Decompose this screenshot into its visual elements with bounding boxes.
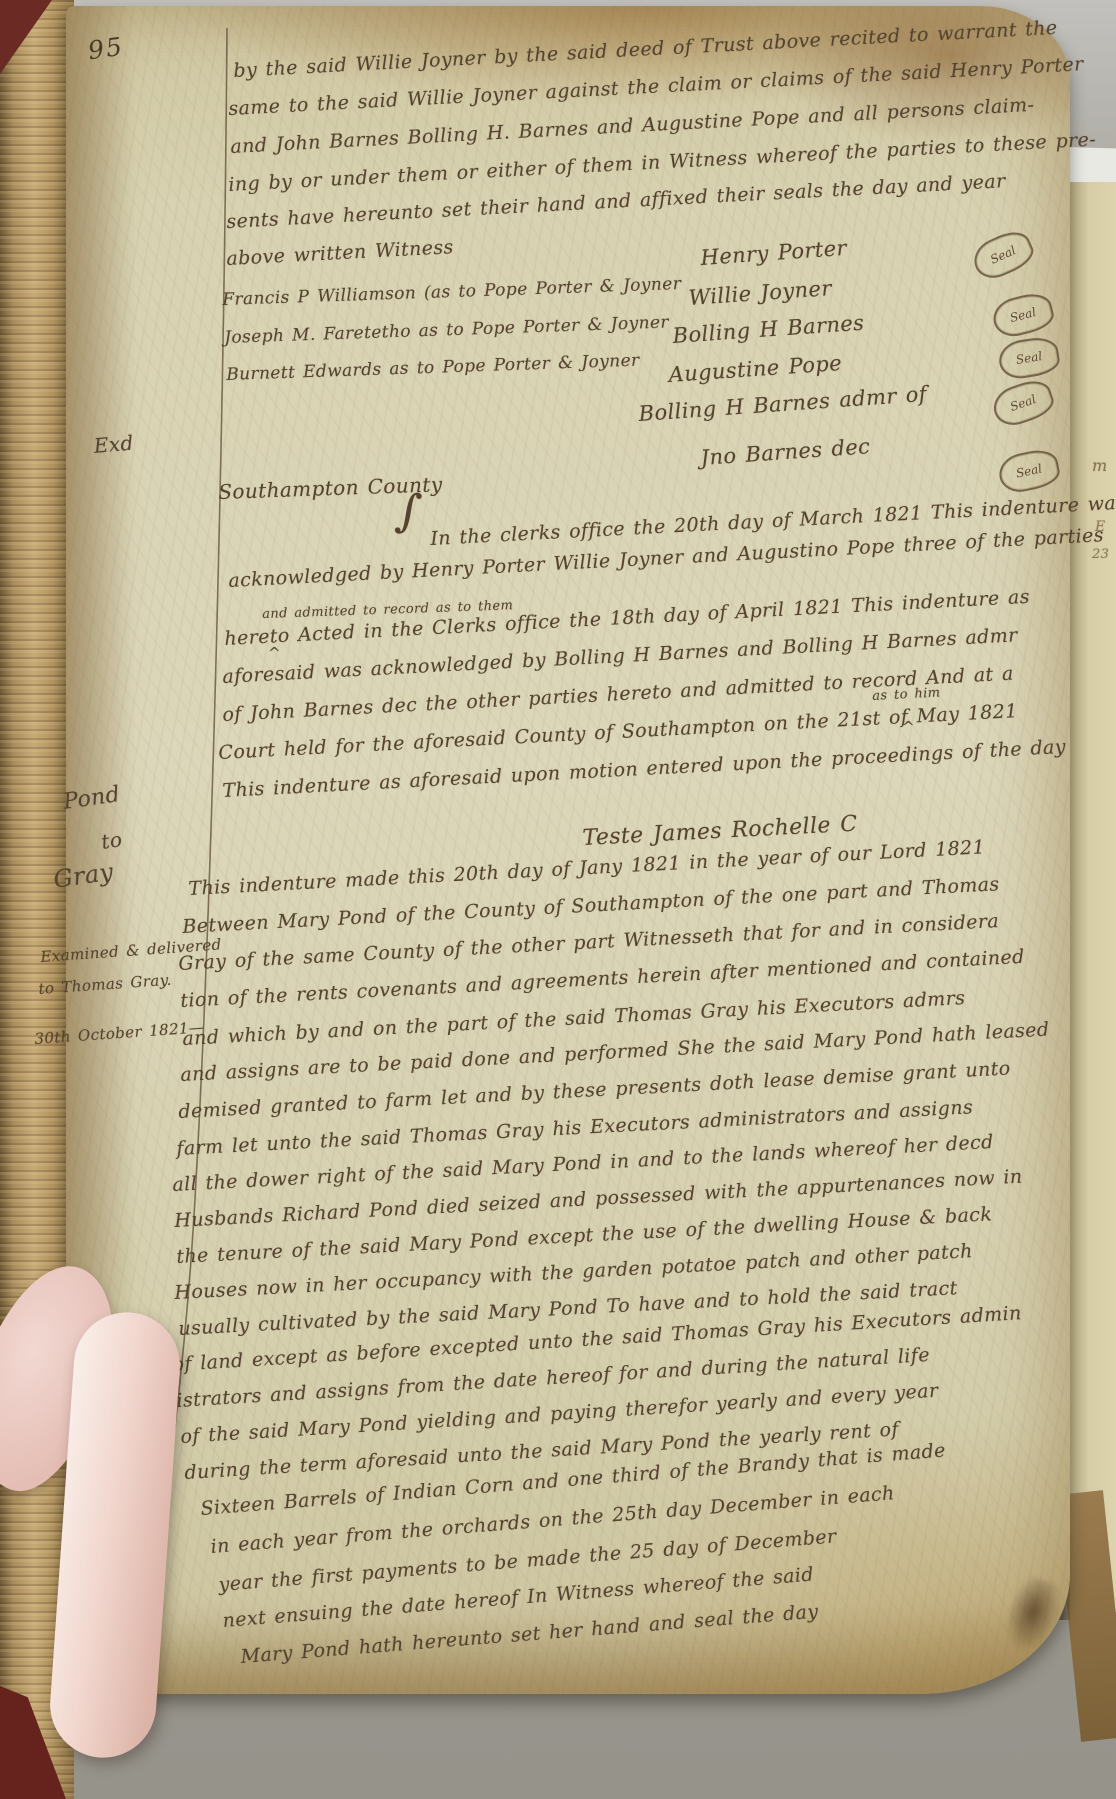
margin-note: Gray [52, 860, 115, 892]
witness-line: Francis P Williamson (as to Pope Porter … [222, 276, 682, 309]
facing-page-text-fragment: m [1092, 458, 1108, 474]
seal-scribble: Seal [989, 289, 1056, 340]
witness-line: Burnett Edwards as to Pope Porter & Joyn… [226, 353, 640, 384]
signature: Willie Joyner [688, 278, 832, 309]
signature: Henry Porter [700, 238, 848, 269]
margin-note: 30th October 1821— [34, 1020, 205, 1047]
page-number: 95 [86, 32, 126, 66]
facing-page-text-fragment: 23 [1092, 548, 1109, 561]
signature: Augustine Pope [668, 353, 843, 386]
clerk-acknowledgment-line: ∫ [394, 486, 425, 535]
signature: Jno Barnes dec [700, 436, 871, 469]
signature: Bolling H Barnes [672, 313, 865, 347]
signature: Bolling H Barnes admr of [638, 384, 928, 425]
deed-book-photo: 95 by the said Willie Joyner by the said… [0, 0, 1116, 1799]
clerk-acknowledgment-line: ^ [268, 646, 281, 661]
margin-note: Pond [62, 784, 122, 814]
margin-note: Exd [93, 433, 134, 456]
witness-line: Joseph M. Faretetho as to Pope Porter & … [224, 314, 669, 347]
seal-scribble: Seal [968, 225, 1038, 284]
deed-text-line: above written Witness [226, 238, 454, 269]
seal-scribble: Seal [988, 375, 1057, 430]
margin-note: to [100, 829, 123, 852]
seal-scribble: Seal [996, 446, 1063, 496]
margin-note: to Thomas Gray. [38, 973, 172, 997]
facing-page-text-fragment: E [1095, 520, 1106, 534]
seal-scribble: Seal [996, 335, 1061, 382]
